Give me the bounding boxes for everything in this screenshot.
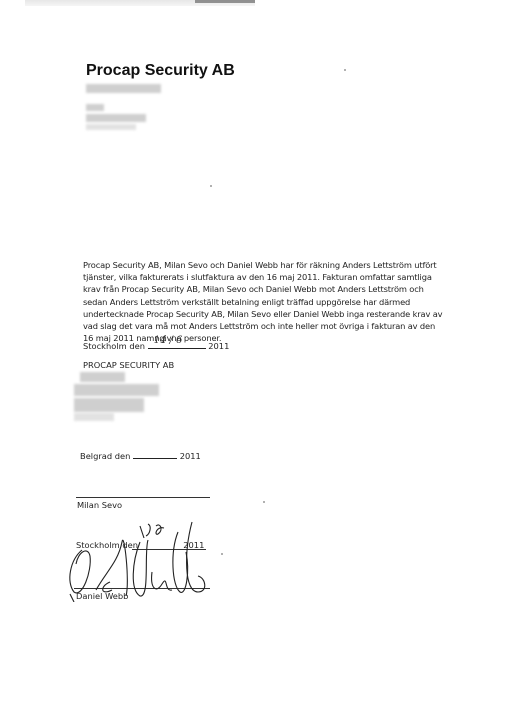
redacted-address-block [86,114,146,122]
redacted-signature [80,372,125,382]
redacted-signature [74,384,159,396]
date-blank [133,449,177,459]
company-signatory: PROCAP SECURITY AB [83,360,174,370]
place-label: Stockholm den [83,341,145,351]
redacted-address-line [86,84,161,93]
year: 2011 [180,451,201,461]
signature-line [76,497,210,498]
handwritten-date: 14 / 6 [154,335,183,346]
year: 2011 [208,341,229,351]
place-label: Belgrad den [80,451,130,461]
date-blank: 14 / 6 [148,339,206,349]
scan-artifact [195,0,255,3]
scan-speck [210,185,212,187]
signer-name: Milan Sevo [77,500,122,510]
redacted-address-block [86,124,136,130]
redacted-address-block [86,104,104,111]
signature-date-line-1: Stockholm den 14 / 6 2011 [83,339,229,351]
scan-speck [263,501,265,503]
redacted-signature [74,398,144,412]
signature-date-line-2: Belgrad den 2011 [80,449,201,461]
scan-speck [344,69,346,71]
redacted-signature [74,413,114,421]
company-heading: Procap Security AB [86,62,235,80]
release-paragraph: Procap Security AB, Milan Sevo och Danie… [83,259,443,344]
scan-speck [221,553,223,555]
handwritten-signature [60,512,220,602]
